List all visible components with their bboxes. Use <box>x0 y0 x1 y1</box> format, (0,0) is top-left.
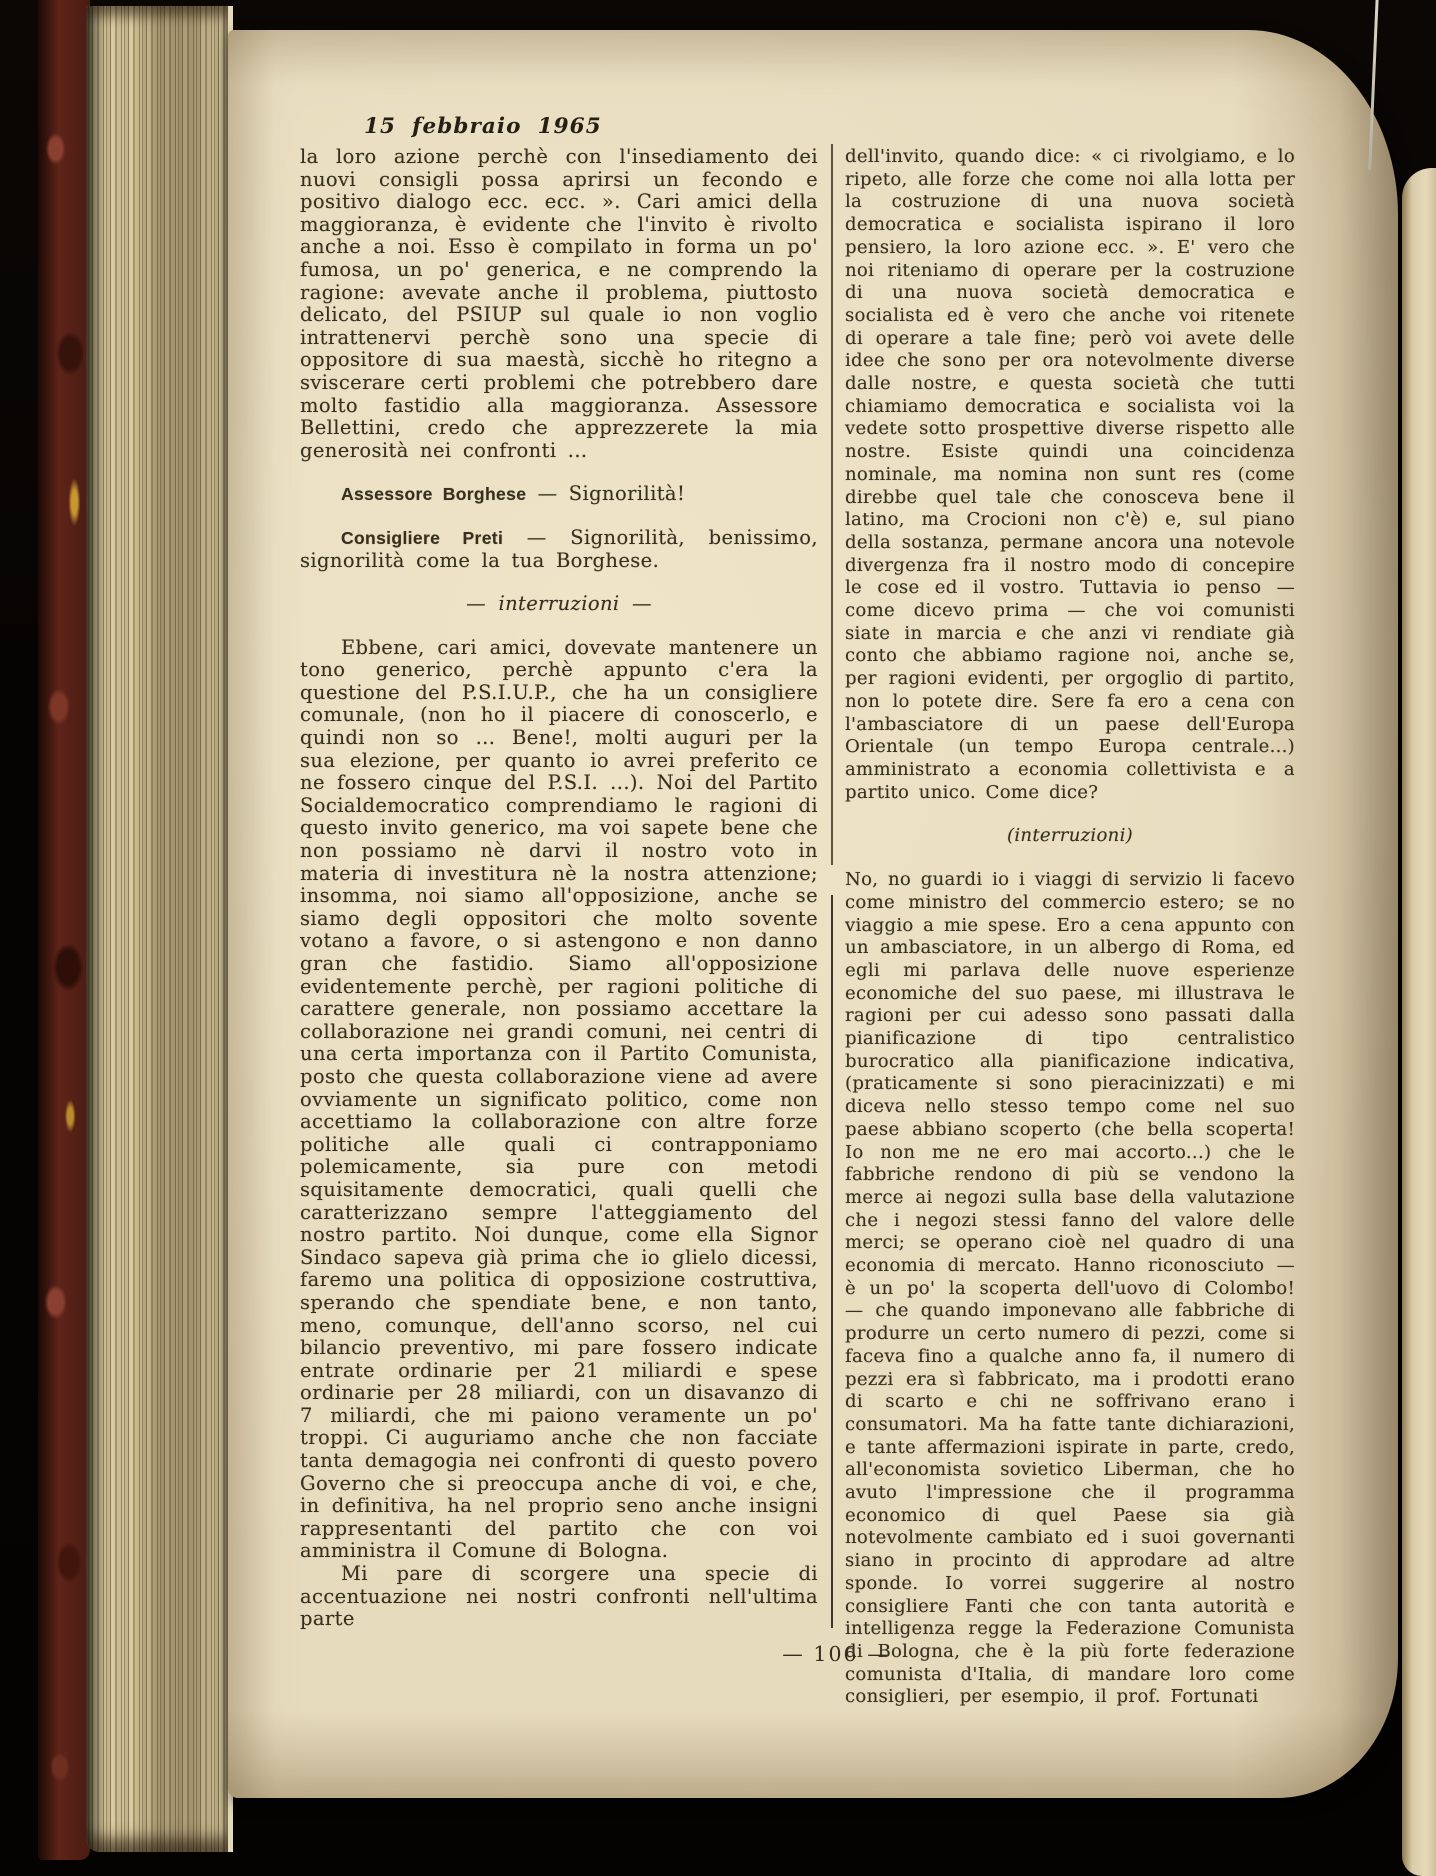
two-column-text: la loro azione perchè con l'insediamento… <box>228 146 1398 1709</box>
paragraph: dell'invito, quando dice: « ci rivolgiam… <box>845 146 1295 804</box>
facing-page-edge <box>1402 168 1436 1876</box>
page-number: — 106 — <box>251 1642 1421 1666</box>
speaker-line: Consigliere Preti — Signorilità, benissi… <box>300 527 818 572</box>
book-scan-photo: 15 febbraio 1965 la loro azione perchè c… <box>0 0 1436 1876</box>
book-page: 15 febbraio 1965 la loro azione perchè c… <box>228 30 1398 1798</box>
page-header-date: 15 febbraio 1965 <box>364 114 1398 139</box>
stage-direction: (interruzioni) <box>845 825 1295 848</box>
speaker-line: Assessore Borghese — Signorilità! <box>300 483 818 506</box>
paragraph: Mi pare di scorgere una specie di accent… <box>300 1563 818 1631</box>
book-spine-marbling <box>38 0 90 1860</box>
column-divider-line <box>831 144 833 1634</box>
paragraph: No, no guardi io i viaggi di servizio li… <box>845 869 1295 1709</box>
text-column-left: la loro azione perchè con l'insediamento… <box>300 146 818 1709</box>
speaker-name: Consigliere Preti <box>341 528 503 548</box>
paragraph: la loro azione perchè con l'insediamento… <box>300 146 818 462</box>
stage-direction: — interruzioni — <box>300 593 818 616</box>
paragraph: Ebbene, cari amici, dovevate mantenere u… <box>300 637 818 1563</box>
page-edges-stack <box>86 6 233 1852</box>
speaker-name: Assessore Borghese <box>341 484 526 504</box>
text-column-right: dell'invito, quando dice: « ci rivolgiam… <box>845 146 1295 1709</box>
